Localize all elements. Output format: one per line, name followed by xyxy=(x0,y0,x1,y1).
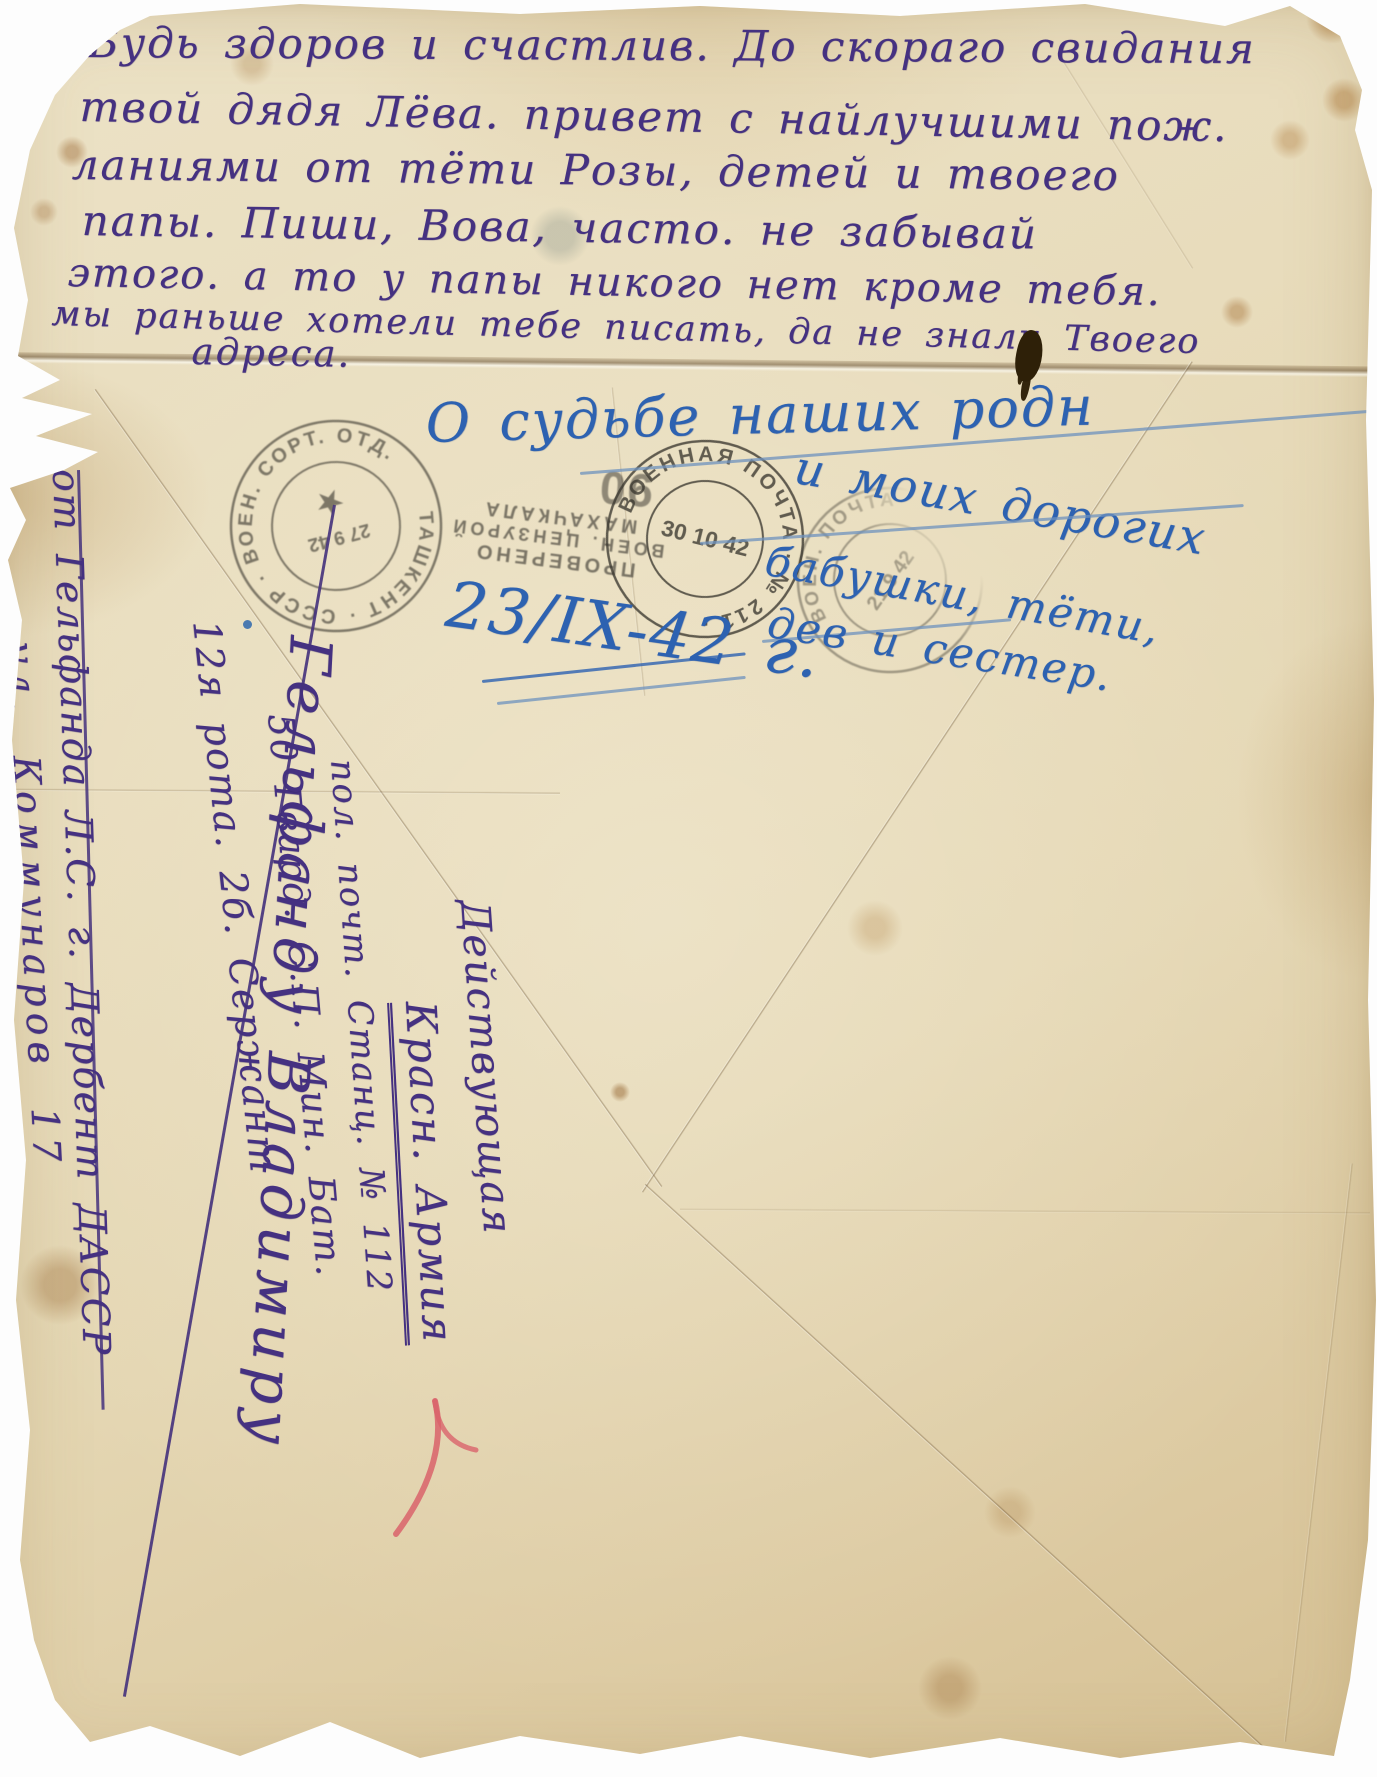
letter-line-2: твой дядя Лёва. привет с найлучшими пож. xyxy=(79,82,1229,151)
letter-scan: Будь здоров и счастлив. До скораго свида… xyxy=(0,0,1377,1777)
bottom-edge-shadow xyxy=(220,1764,1340,1777)
postmark-tashkent-date: 27 9 42 xyxy=(306,519,373,556)
address-line-2: Красн. Армия xyxy=(387,1000,463,1345)
letter-line-7: адреса. xyxy=(191,330,351,376)
crease-diagonal-bottom xyxy=(644,1183,1297,1777)
letter-paper: Будь здоров и счастлив. До скораго свида… xyxy=(0,0,1377,1777)
letter-line-3: ланиями от тёти Розы, детей и твоего xyxy=(71,140,1120,200)
letter-line-4: папы. Пиши, Вова, часто. не забывай xyxy=(81,196,1038,258)
postmark-211-date: 30 10 42 xyxy=(659,515,752,562)
postmark-tashkent-star-icon: ★ xyxy=(312,483,347,522)
crease-horizontal-right xyxy=(680,1208,1370,1215)
blue-ink-speck xyxy=(243,620,252,629)
crease-right-edge-fold xyxy=(1284,1163,1354,1741)
letter-line-1: Будь здоров и счастлив. До скораго свида… xyxy=(88,18,1256,73)
address-line-1: Действующая xyxy=(451,898,520,1237)
blue-note-line-1: О судьбе наших родн xyxy=(425,374,1095,454)
red-pencil-checkmark xyxy=(378,1388,498,1548)
date-underline-2 xyxy=(497,676,746,705)
